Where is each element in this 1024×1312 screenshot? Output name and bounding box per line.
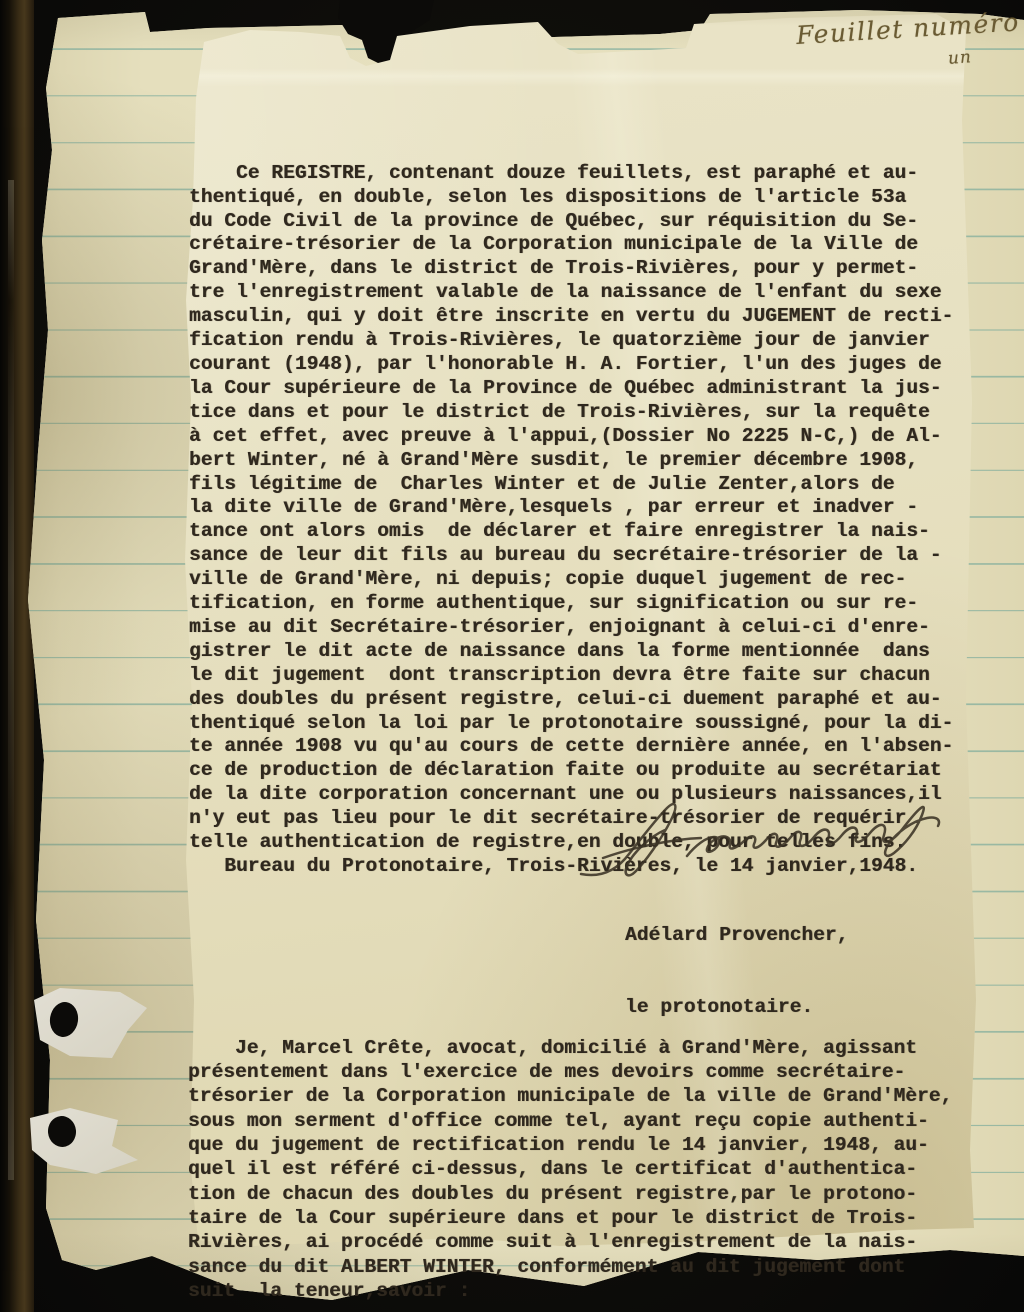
typed-line: bert Winter, né à Grand'Mère susdit, le … bbox=[189, 449, 953, 473]
signature-name: Adélard Provencher, bbox=[625, 924, 848, 948]
typed-line: crétaire-trésorier de la Corporation mun… bbox=[189, 233, 953, 257]
typed-line: tance ont alors omis de déclarer et fair… bbox=[189, 520, 953, 544]
typed-line: masculin, qui y doit être inscrite en ve… bbox=[189, 305, 953, 329]
handwritten-folio-annotation-line2: un bbox=[947, 47, 972, 69]
typed-line: suit la teneur,savoir : bbox=[188, 1279, 952, 1303]
typed-line: te année 1908 vu qu'au cours de cette de… bbox=[189, 735, 953, 759]
typed-line: trésorier de la Corporation municipale d… bbox=[188, 1084, 952, 1108]
typed-line: fils légitime de Charles Winter et de Ju… bbox=[189, 473, 953, 497]
typed-line: tification, en forme authentique, sur si… bbox=[189, 592, 953, 616]
typed-line: gistrer le dit acte de naissance dans la… bbox=[189, 640, 953, 664]
typed-line: courant (1948), par l'honorable H. A. Fo… bbox=[189, 353, 953, 377]
typed-line: Je, Marcel Crête, avocat, domicilié à Gr… bbox=[188, 1036, 952, 1060]
archival-photo-register-page: Feuillet numéro un Ce REGISTRE, contenan… bbox=[0, 0, 1024, 1312]
typed-line: sous mon serment d'office comme tel, aya… bbox=[188, 1109, 952, 1133]
typed-line: tre l'enregistrement valable de la naiss… bbox=[189, 281, 953, 305]
typed-line: du Code Civil de la province de Québec, … bbox=[189, 210, 953, 234]
typed-line: le dit jugement dont transcription devra… bbox=[189, 664, 953, 688]
book-binding-edge bbox=[0, 0, 34, 1312]
typed-line: fication rendu à Trois-Rivières, le quat… bbox=[189, 329, 953, 353]
typed-line: ce de production de déclaration faite ou… bbox=[189, 759, 953, 783]
typed-line: Rivières, ai procédé comme suit à l'enre… bbox=[188, 1230, 952, 1254]
typed-line: des doubles du présent registre, celui-c… bbox=[189, 688, 953, 712]
certificate-paragraph-secretaire: Je, Marcel Crête, avocat, domicilié à Gr… bbox=[188, 963, 952, 1303]
typed-line: que du jugement de rectification rendu l… bbox=[188, 1133, 952, 1157]
typed-line: quel il est référé ci-dessus, dans le ce… bbox=[188, 1157, 952, 1181]
typed-line: thentiqué, en double, selon les disposit… bbox=[189, 186, 953, 210]
typed-line: tice dans et pour le district de Trois-R… bbox=[189, 401, 953, 425]
certificate-paragraph-protonotaire: Ce REGISTRE, contenant douze feuillets, … bbox=[189, 90, 953, 879]
typed-line: sance du dit ALBERT WINTER, conformément… bbox=[188, 1255, 952, 1279]
typed-line: ville de Grand'Mère, ni depuis; copie du… bbox=[189, 568, 953, 592]
typed-line: Ce REGISTRE, contenant douze feuillets, … bbox=[189, 162, 953, 186]
typed-line: thentiqué selon la loi par le protonotai… bbox=[189, 712, 953, 736]
typed-line: sance de leur dit fils au bureau du secr… bbox=[189, 544, 953, 568]
typed-line: la Cour supérieure de la Province de Qué… bbox=[189, 377, 953, 401]
typed-line: Grand'Mère, dans le district de Trois-Ri… bbox=[189, 257, 953, 281]
typed-line: la dite ville de Grand'Mère,lesquels , p… bbox=[189, 496, 953, 520]
typed-line: mise au dit Secrétaire-trésorier, enjoig… bbox=[189, 616, 953, 640]
typed-line: tion de chacun des doubles du présent re… bbox=[188, 1182, 952, 1206]
typed-line: à cet effet, avec preuve à l'appui,(Doss… bbox=[189, 425, 953, 449]
typed-line: présentement dans l'exercice de mes devo… bbox=[188, 1060, 952, 1084]
typed-line: taire de la Cour supérieure dans et pour… bbox=[188, 1206, 952, 1230]
